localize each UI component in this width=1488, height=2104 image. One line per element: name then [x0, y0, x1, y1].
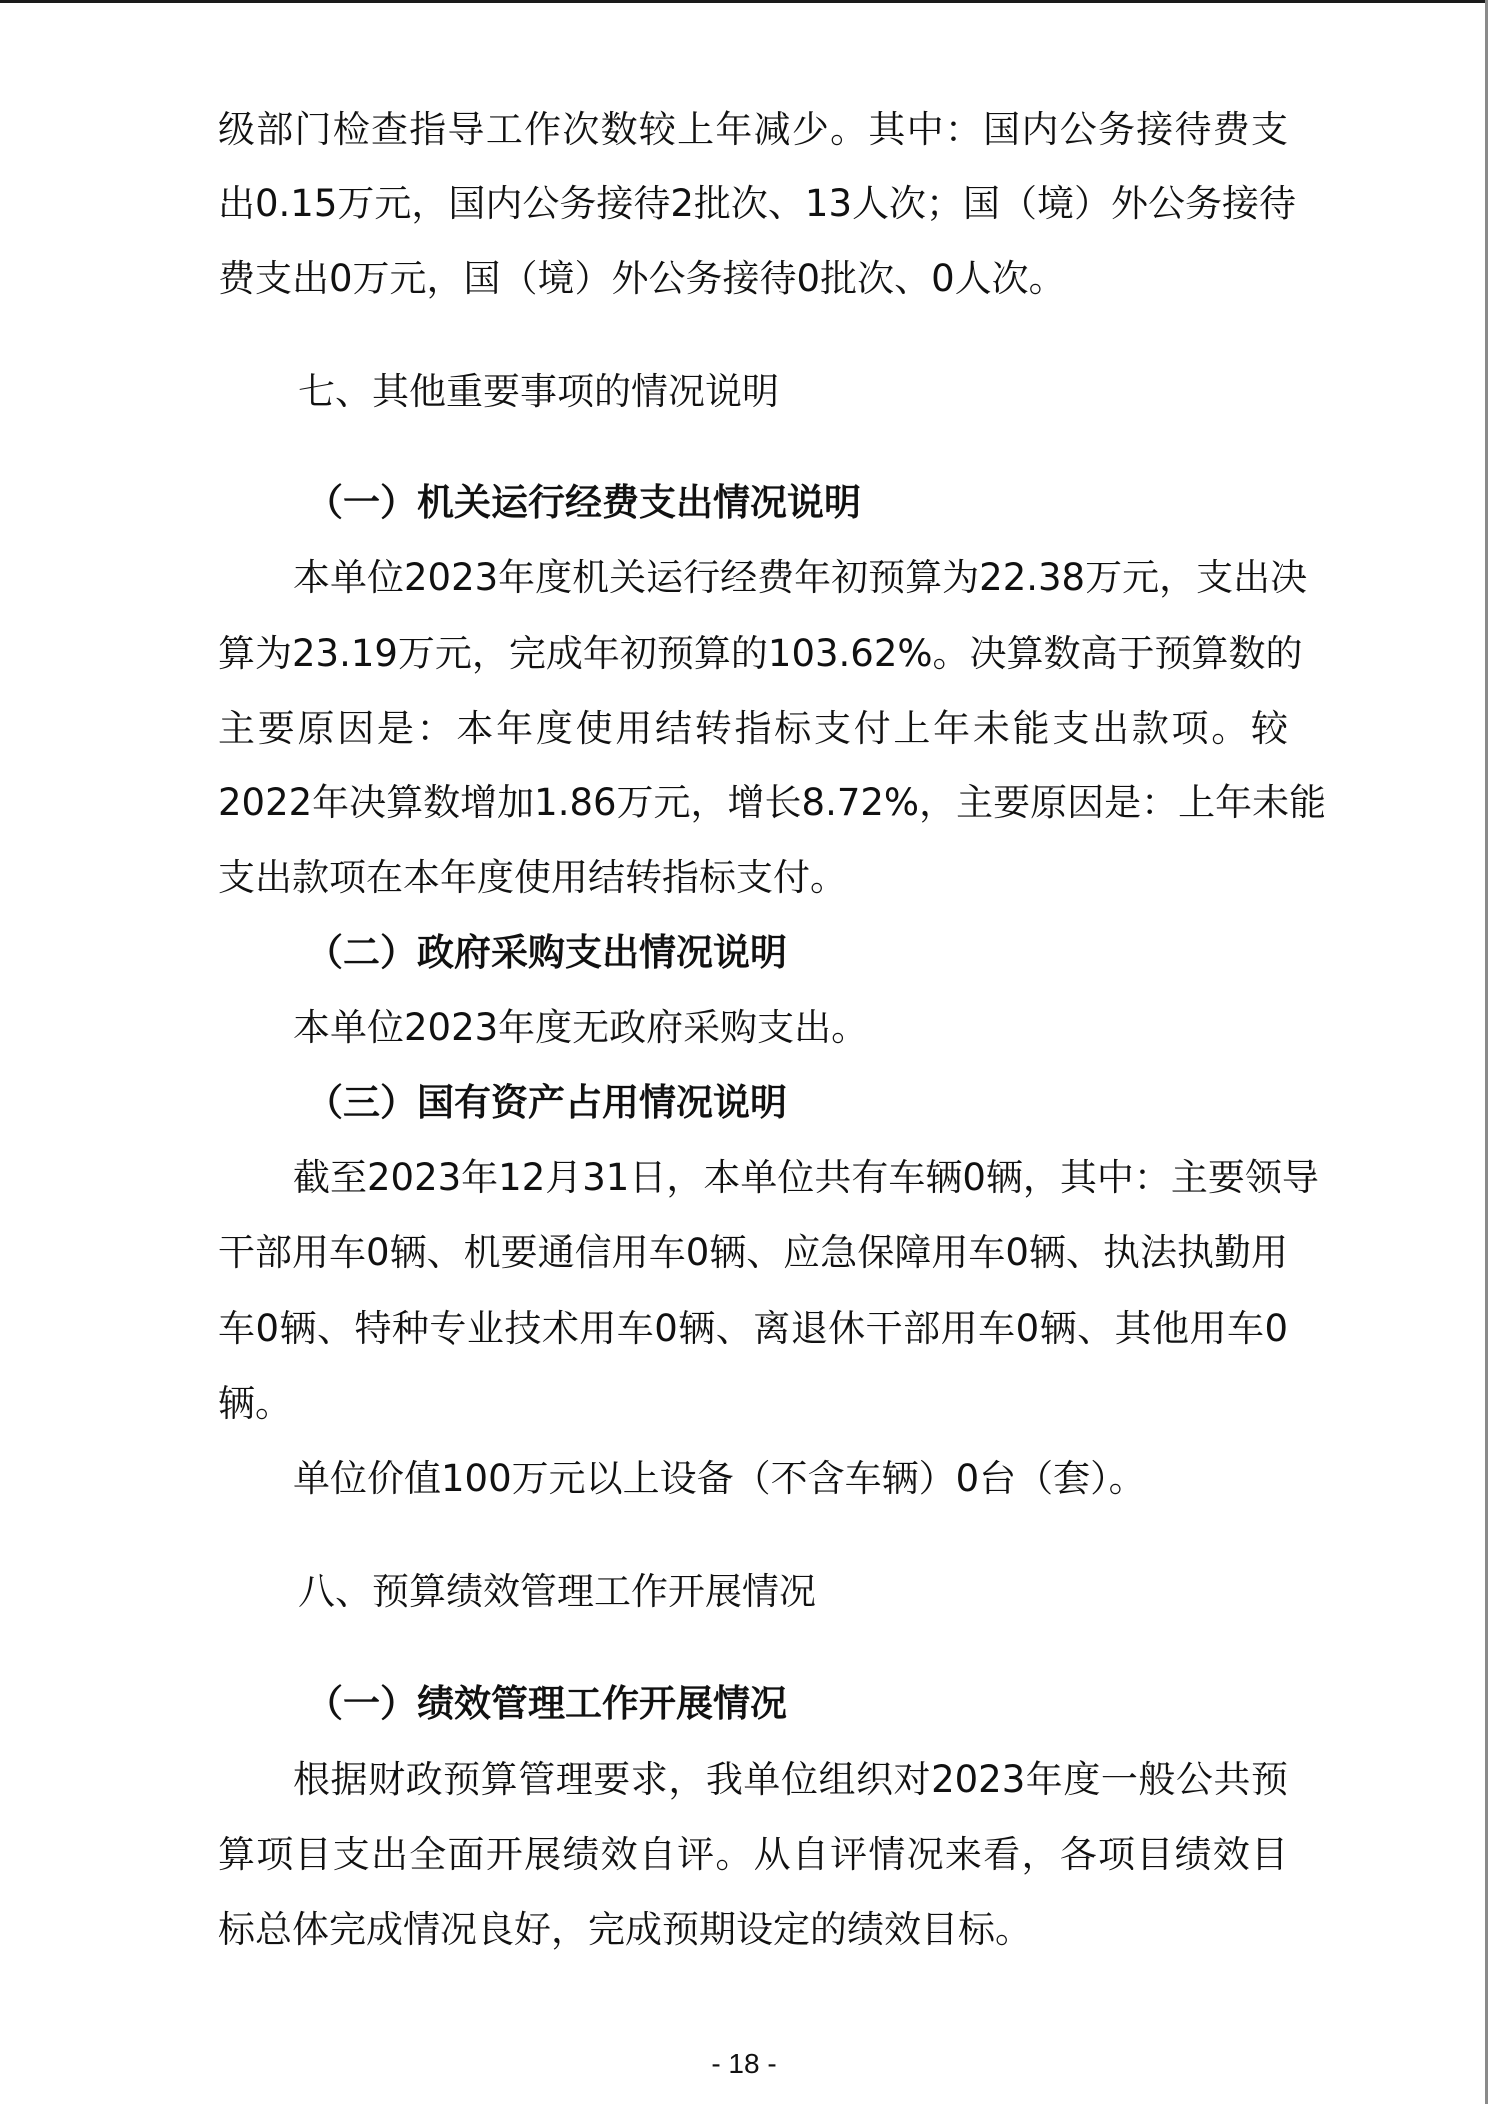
paragraph-line: 级部门检查指导工作次数较上年减少。其中：国内公务接待费支	[218, 105, 1288, 155]
paragraph-line: 根据财政预算管理要求，我单位组织对2023年度一般公共预	[293, 1755, 1288, 1805]
page-top-border	[0, 0, 1488, 3]
paragraph-line: 本单位2023年度无政府采购支出。	[293, 1003, 1288, 1053]
paragraph-line: 算项目支出全面开展绩效自评。从自评情况来看，各项目绩效目	[218, 1830, 1288, 1880]
paragraph-line: 车0辆、特种专业技术用车0辆、离退休干部用车0辆、其他用车0	[218, 1304, 1288, 1354]
subsection-heading-procurement: （二）政府采购支出情况说明	[306, 928, 1288, 978]
paragraph-line: 干部用车0辆、机要通信用车0辆、应急保障用车0辆、执法执勤用	[218, 1228, 1288, 1278]
paragraph-line: 出0.15万元，国内公务接待2批次、13人次；国（境）外公务接待	[218, 179, 1288, 229]
paragraph-line: 算为23.19万元，完成年初预算的103.62%。决算数高于预算数的	[218, 629, 1288, 679]
paragraph-line: 费支出0万元，国（境）外公务接待0批次、0人次。	[218, 254, 1288, 304]
paragraph-line: 本单位2023年度机关运行经费年初预算为22.38万元，支出决	[293, 553, 1288, 603]
paragraph-line: 主要原因是：本年度使用结转指标支付上年未能支出款项。较	[218, 704, 1288, 754]
subsection-heading-state-assets: （三）国有资产占用情况说明	[306, 1078, 1288, 1128]
page-number: - 18 -	[0, 2046, 1488, 2082]
subsection-heading-performance-management: （一）绩效管理工作开展情况	[306, 1679, 1288, 1729]
paragraph-line: 截至2023年12月31日，本单位共有车辆0辆，其中：主要领导	[293, 1153, 1288, 1203]
paragraph-line: 支出款项在本年度使用结转指标支付。	[218, 853, 1288, 903]
paragraph-line: 2022年决算数增加1.86万元，增长8.72%，主要原因是：上年未能	[218, 778, 1288, 828]
paragraph-line: 标总体完成情况良好，完成预期设定的绩效目标。	[218, 1905, 1288, 1955]
subsection-heading-operating-expenses: （一）机关运行经费支出情况说明	[306, 478, 1288, 528]
section-heading-8: 八、预算绩效管理工作开展情况	[298, 1567, 1288, 1617]
paragraph-line: 辆。	[218, 1379, 1288, 1429]
paragraph-line: 单位价值100万元以上设备（不含车辆）0台（套）。	[293, 1454, 1288, 1504]
section-heading-7: 七、其他重要事项的情况说明	[298, 367, 1288, 417]
